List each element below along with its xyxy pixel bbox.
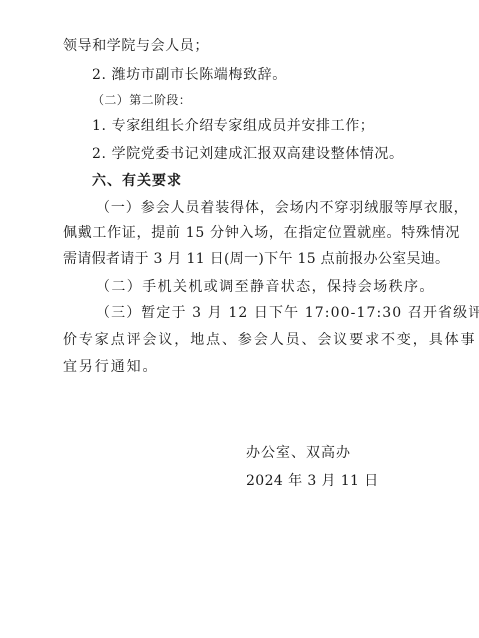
requirement-paragraph: （三）暂定于 3 月 12 日下午 17:00-17:30 召开省级评 <box>96 305 479 321</box>
requirement-paragraph: 佩戴工作证，提前 15 分钟入场，在指定位置就座。特殊情况 <box>63 225 460 241</box>
issue-date: 2024 年 3 月 11 日 <box>246 473 379 489</box>
requirement-paragraph: 价专家点评会议，地点、参会人员、会议要求不变，具体事 <box>63 332 476 348</box>
agenda-item: 1. 专家组组长介绍专家组成员并安排工作； <box>92 118 374 134</box>
issuer-signature: 办公室、双高办 <box>246 445 351 461</box>
agenda-item: 2. 学院党委书记刘建成汇报双高建设整体情况。 <box>92 146 404 162</box>
requirement-paragraph: 需请假者请于 3 月 11 日(周一)下午 15 点前报办公室吴迪。 <box>63 251 449 267</box>
requirement-paragraph: 宜另行通知。 <box>63 359 158 375</box>
requirement-paragraph: （一）参会人员着装得体，会场内不穿羽绒服等厚衣服， <box>96 200 469 216</box>
body-line: 领导和学院与会人员； <box>63 38 209 54</box>
section-heading: 六、有关要求 <box>92 173 182 189</box>
requirement-paragraph: （二）手机关机或调至静音状态，保持会场秩序。 <box>96 279 435 295</box>
section-subheading: （二）第二阶段： <box>92 92 191 108</box>
agenda-item: 2. 潍坊市副市长陈端梅致辞。 <box>92 67 287 83</box>
